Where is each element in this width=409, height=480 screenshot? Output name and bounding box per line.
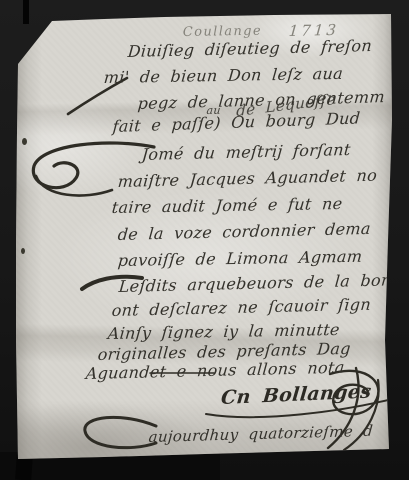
archival-place-label: Coullange bbox=[183, 24, 262, 40]
ink-speck bbox=[22, 138, 27, 145]
manuscript-line: maiſtre Jacques Aguandet no bbox=[117, 166, 378, 191]
date-footer-line: aujourdhuy quatorzieſme d bbox=[148, 422, 374, 446]
initial-loop-tail bbox=[36, 176, 112, 196]
manuscript-line: ont deſclarez ne ſcauoir ſign bbox=[111, 295, 372, 320]
manuscript-line: Jomé du meſtrij forſant bbox=[141, 140, 352, 164]
film-edge-strip bbox=[23, 0, 29, 24]
manuscript-line: taire audit Jomé e fut ne bbox=[111, 194, 343, 217]
ink-speck bbox=[21, 248, 25, 254]
manuscript-line: pavoiſſe de Limona Agmam bbox=[117, 247, 363, 270]
manuscript-line: mi' de bieun Don leſz aua bbox=[103, 64, 344, 87]
scanned-manuscript-screenshot: Coullange 1713 Diuiſieg diſeutieg de fre… bbox=[0, 0, 409, 480]
manuscript-page: Coullange 1713 Diuiſieg diſeutieg de fre… bbox=[14, 12, 394, 460]
notary-signature: Cn Bollanges bbox=[220, 380, 372, 409]
manuscript-line: Diuiſieg diſeutieg de freſon bbox=[127, 36, 373, 61]
footer-swash bbox=[85, 417, 156, 447]
manuscript-line: Leſdits arquebeuors de la bor bbox=[118, 270, 390, 296]
manuscript-line: de la voze cordonnier dema bbox=[117, 219, 372, 244]
